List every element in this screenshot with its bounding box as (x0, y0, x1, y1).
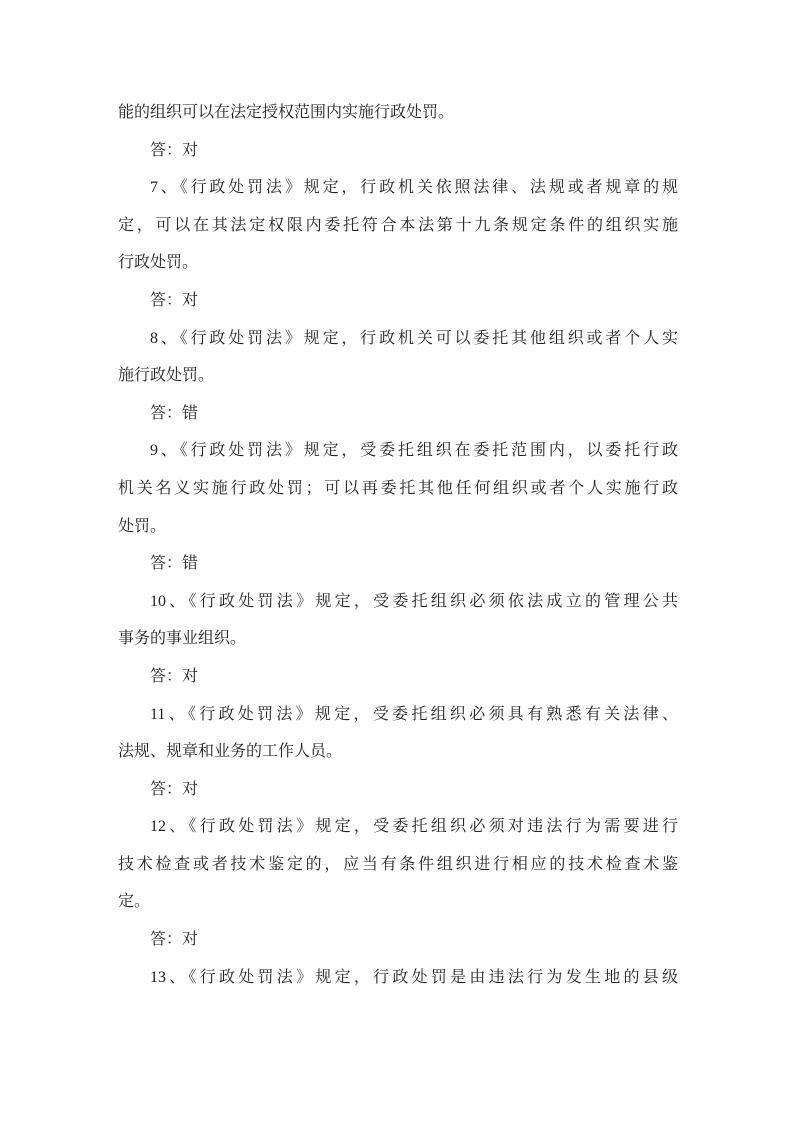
answer-10: 答：对 (118, 658, 678, 696)
question-13-line-1: 13、《行政处罚法》规定，行政处罚是由违法行为发生地的县级 (118, 959, 678, 997)
question-8-line-1: 8、《行政处罚法》规定，行政机关可以委托其他组织或者个人实 (118, 320, 678, 358)
question-11-line-1: 11、《行政处罚法》规定，受委托组织必须具有熟悉有关法律、 (118, 696, 678, 734)
question-12-line-3: 定。 (118, 883, 678, 921)
question-11-line-2: 法规、规章和业务的工作人员。 (118, 733, 678, 771)
question-6-continuation: 能的组织可以在法定授权范围内实施行政处罚。 (118, 94, 678, 132)
question-10-line-2: 事务的事业组织。 (118, 620, 678, 658)
answer-7: 答：对 (118, 282, 678, 320)
answer-11: 答：对 (118, 771, 678, 809)
question-12-line-1: 12、《行政处罚法》规定，受委托组织必须对违法行为需要进行 (118, 808, 678, 846)
document-content: 能的组织可以在法定授权范围内实施行政处罚。答：对7、《行政处罚法》规定，行政机关… (118, 94, 678, 996)
answer-12: 答：对 (118, 921, 678, 959)
answer-8: 答：错 (118, 395, 678, 433)
question-7-line-1: 7、《行政处罚法》规定，行政机关依照法律、法规或者规章的规 (118, 169, 678, 207)
question-8-line-2: 施行政处罚。 (118, 357, 678, 395)
question-9-line-3: 处罚。 (118, 508, 678, 546)
question-9-line-1: 9、《行政处罚法》规定，受委托组织在委托范围内，以委托行政 (118, 432, 678, 470)
question-9-line-2: 机关名义实施行政处罚；可以再委托其他任何组织或者个人实施行政 (118, 470, 678, 508)
question-12-line-2: 技术检查或者技术鉴定的，应当有条件组织进行相应的技术检查术鉴 (118, 846, 678, 884)
document-page: 能的组织可以在法定授权范围内实施行政处罚。答：对7、《行政处罚法》规定，行政机关… (0, 0, 793, 1122)
question-10-line-1: 10、《行政处罚法》规定，受委托组织必须依法成立的管理公共 (118, 583, 678, 621)
question-7-line-2: 定，可以在其法定权限内委托符合本法第十九条规定条件的组织实施 (118, 207, 678, 245)
question-7-line-3: 行政处罚。 (118, 244, 678, 282)
answer-9: 答：错 (118, 545, 678, 583)
answer-6: 答：对 (118, 132, 678, 170)
